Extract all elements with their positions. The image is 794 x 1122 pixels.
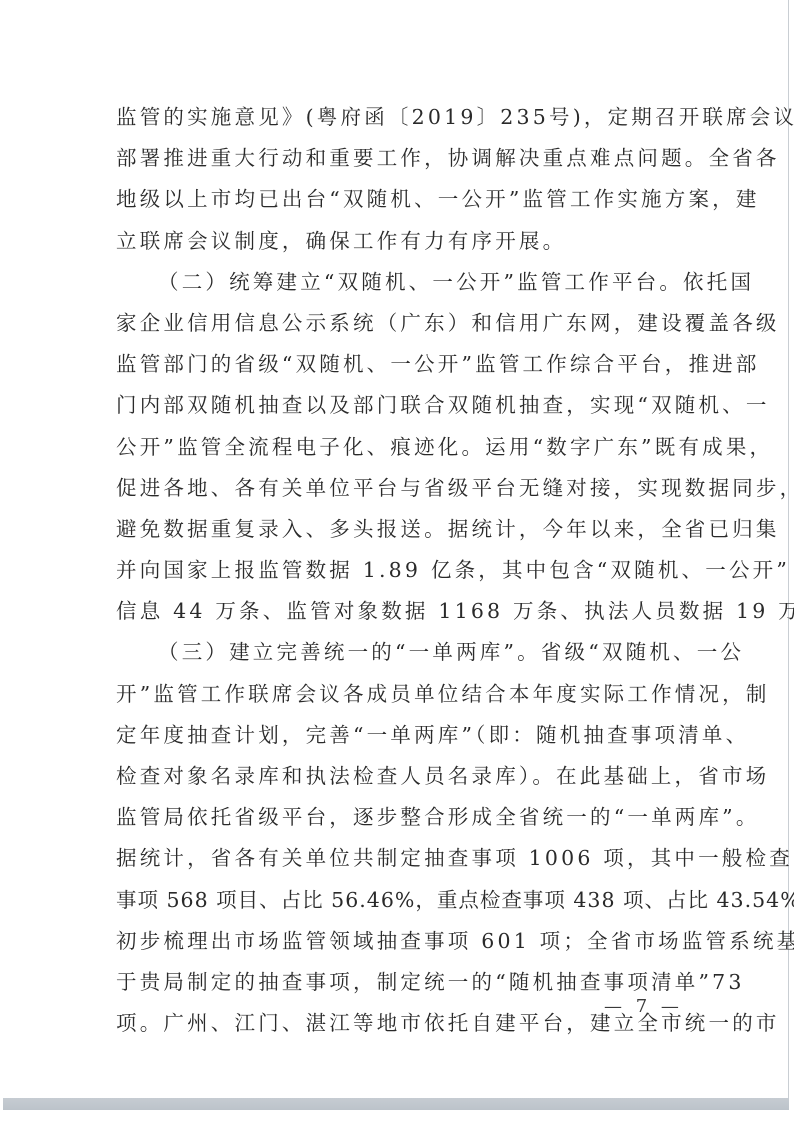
page-number: — 7 — bbox=[604, 996, 683, 1017]
text-line: 监管的实施意见》(粤府函〔2019〕235号)，定期召开联席会议， bbox=[116, 97, 702, 138]
text-line: 促进各地、各有关单位平台与省级平台无缝对接，实现数据同步， bbox=[116, 468, 702, 509]
text-line: 部署推进重大行动和重要工作，协调解决重点难点问题。全省各 bbox=[116, 138, 702, 179]
text-line: 检查对象名录库和执法检查人员名录库）。在此基础上，省市场 bbox=[116, 756, 702, 797]
section-heading-line: （二）统筹建立“双随机、一公开”监管工作平台。依托国 bbox=[116, 262, 702, 303]
text-line: 开”监管工作联席会议各成员单位结合本年度实际工作情况，制 bbox=[116, 674, 702, 715]
text-line: 并向国家上报监管数据 1.89 亿条，其中包含“双随机、一公开” bbox=[116, 550, 702, 591]
document-page: 监管的实施意见》(粤府函〔2019〕235号)，定期召开联席会议， 部署推进重大… bbox=[0, 0, 789, 1098]
text-line: 监管局依托省级平台，逐步整合形成全省统一的“一单两库”。 bbox=[116, 797, 702, 838]
text-line: 初步梳理出市场监管领域抽查事项 601 项；全省市场监管系统基 bbox=[116, 921, 702, 962]
text-line: 事项 568 项目、占比 56.46%，重点检查事项 438 项、占比 43.5… bbox=[116, 880, 702, 921]
text-line: 立联席会议制度，确保工作有力有序开展。 bbox=[116, 221, 702, 262]
text-line: 监管部门的省级“双随机、一公开”监管工作综合平台，推进部 bbox=[116, 344, 702, 385]
text-line: 据统计，省各有关单位共制定抽查事项 1006 项，其中一般检查 bbox=[116, 838, 702, 879]
section-heading-line: （三）建立完善统一的“一单两库”。省级“双随机、一公 bbox=[116, 632, 702, 673]
text-line: 信息 44 万条、监管对象数据 1168 万条、执法人员数据 19 万条。 bbox=[116, 591, 702, 632]
body-text: 监管的实施意见》(粤府函〔2019〕235号)，定期召开联席会议， 部署推进重大… bbox=[116, 97, 702, 1044]
text-line: 门内部双随机抽查以及部门联合双随机抽查，实现“双随机、一 bbox=[116, 385, 702, 426]
text-line: 地级以上市均已出台“双随机、一公开”监管工作实施方案，建 bbox=[116, 179, 702, 220]
text-line: 家企业信用信息公示系统（广东）和信用广东网，建设覆盖各级 bbox=[116, 303, 702, 344]
text-line: 公开”监管全流程电子化、痕迹化。运用“数字广东”既有成果， bbox=[116, 427, 702, 468]
text-line: 避免数据重复录入、多头报送。据统计，今年以来，全省已归集 bbox=[116, 509, 702, 550]
text-line: 定年度抽查计划，完善“一单两库”（即：随机抽查事项清单、 bbox=[116, 715, 702, 756]
page-edge-shadow bbox=[3, 1098, 789, 1110]
